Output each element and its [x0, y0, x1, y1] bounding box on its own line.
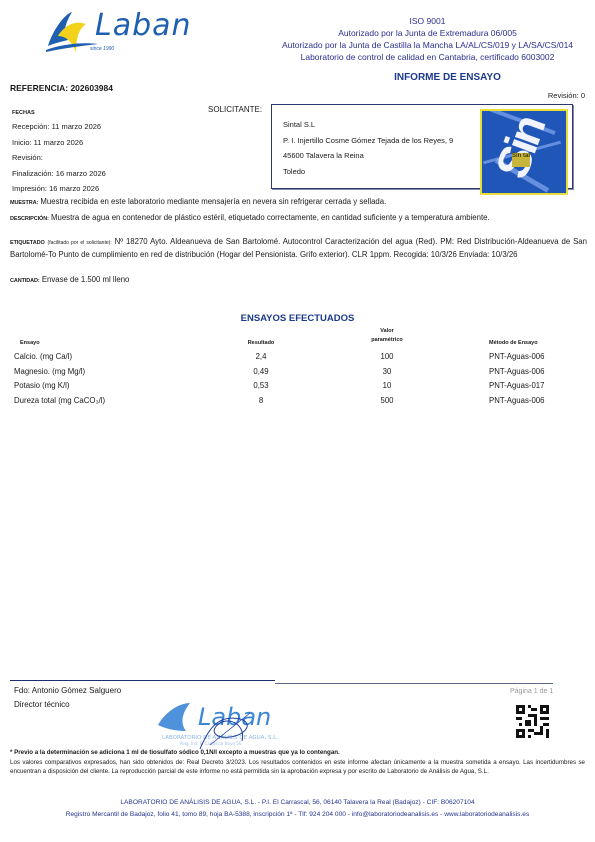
- stamp-signature-icon: Laban LABORATORIO DE ANÁLISIS DE AGUA, S…: [150, 695, 300, 751]
- lab-stamp: Laban LABORATORIO DE ANÁLISIS DE AGUA, S…: [150, 695, 300, 751]
- cell-ensayo: Calcio. (mg Ca/l): [14, 352, 72, 361]
- sample-quantity: CANTIDAD: Envase de 1.500 ml lleno: [10, 274, 587, 287]
- page-number: Página 1 de 1: [510, 688, 553, 695]
- cell-valor: 10: [365, 381, 409, 390]
- svg-text:LABORATORIO DE ANÁLISIS DE AGU: LABORATORIO DE ANÁLISIS DE AGUA, S.L.: [162, 734, 278, 741]
- cell-metodo: PNT-Aguas-006: [489, 367, 544, 376]
- footer-registry: Registro Mercantil de Badajoz, folio 41,…: [0, 809, 595, 821]
- cell-valor: 30: [365, 367, 409, 376]
- cell-ensayo: Magnesio. (mg Mg/l): [14, 367, 85, 376]
- revision: Revisión: 0: [548, 91, 585, 100]
- laban-logo: Laban since 1990: [50, 6, 200, 56]
- svg-text:Laban: Laban: [198, 703, 271, 731]
- footer-divider-right: [275, 683, 553, 684]
- applicant-city: 45600 Talavera la Reina: [283, 148, 453, 164]
- footer-divider: [10, 680, 275, 681]
- footer-address: LABORATORIO DE ANÁLISIS DE AGUA, S.L. - …: [0, 797, 595, 809]
- qr-code-icon: [516, 705, 549, 738]
- labeling-sublabel: (facilitado por el solicitante):: [48, 240, 112, 246]
- sample-description: DESCRIPCIÓN: Muestra de agua en contened…: [10, 212, 587, 225]
- cell-valor: 100: [365, 352, 409, 361]
- cert-iso: ISO 9001: [260, 15, 595, 27]
- col-header-resultado: Resultado: [238, 340, 284, 346]
- dates-block: FECHAS Recepción: 11 marzo 2026 Inicio: …: [12, 109, 106, 197]
- footer-note-thiosulfate: * Previo a la determinación se adiciona …: [10, 748, 585, 758]
- cell-metodo: PNT-Aguas-017: [489, 381, 544, 390]
- labeling-label: ETIQUETADO: [10, 240, 45, 246]
- applicant-logo-text: Sin: [484, 111, 555, 185]
- applicant-logo: Sin Sin tal: [480, 109, 568, 195]
- applicant-province: Toledo: [283, 164, 453, 180]
- cell-valor: 500: [365, 396, 409, 405]
- qr-code[interactable]: [516, 705, 549, 738]
- svg-text:Polg. Ind. El Carrascal Nave 5: Polg. Ind. El Carrascal Nave 56: [180, 741, 242, 746]
- date-start: Inicio: 11 marzo 2026: [12, 135, 106, 151]
- cell-resultado: 8: [236, 396, 286, 405]
- sample-received: MUESTRA: Muestra recibida en este labora…: [10, 196, 587, 209]
- applicant-address: Sintal S.L P. I. Injertillo Cosme Gómez …: [283, 117, 453, 179]
- applicant-name: Sintal S.L: [283, 117, 453, 133]
- dates-heading: FECHAS: [12, 109, 106, 117]
- cell-resultado: 0,53: [236, 381, 286, 390]
- logo-wordmark: Laban: [95, 8, 192, 43]
- applicant-street: P. I. Injertillo Cosme Gómez Tejada de l…: [283, 133, 453, 149]
- cert-cantabria: Laboratorio de control de calidad en Can…: [260, 51, 595, 63]
- sample-label: MUESTRA:: [10, 200, 38, 206]
- cell-resultado: 2,4: [236, 352, 286, 361]
- date-print: Impresión: 16 marzo 2026: [12, 181, 106, 197]
- date-reception: Recepción: 11 marzo 2026: [12, 119, 106, 135]
- signer-name: Fdo: Antonio Gómez Salguero: [14, 684, 121, 698]
- sample-labeling: ETIQUETADO (facilitado por el solicitant…: [10, 236, 587, 260]
- cert-castilla: Autorizado por la Junta de Castilla la M…: [260, 39, 595, 51]
- logo-since: since 1990: [90, 46, 114, 52]
- tests-title: ENSAYOS EFECTUADOS: [0, 313, 595, 324]
- applicant-logo-badge: Sin tal: [512, 153, 530, 167]
- col-header-metodo: Método de Ensayo: [489, 340, 538, 346]
- description-label: DESCRIPCIÓN:: [10, 216, 49, 222]
- page-title: INFORME DE ENSAYO: [150, 72, 595, 83]
- applicant-label: SOLICITANTE:: [208, 105, 262, 114]
- footer-note-disclaimer: Los valores comparativos expresados, han…: [10, 758, 585, 777]
- col-header-valor-1: Valor: [365, 328, 409, 334]
- quantity-text: Envase de 1.500 ml lleno: [42, 275, 130, 284]
- date-finalization: Finalización: 16 marzo 2026: [12, 166, 106, 182]
- reference-number: REFERENCIA: 202603984: [10, 83, 113, 93]
- cell-metodo: PNT-Aguas-006: [489, 352, 544, 361]
- cell-ensayo: Potasio (mg K/l): [14, 381, 69, 390]
- footer-notes: * Previo a la determinación se adiciona …: [10, 748, 585, 777]
- description-text: Muestra de agua en contenedor de plástic…: [51, 213, 490, 222]
- signer-role: Director técnico: [14, 698, 121, 712]
- quantity-label: CANTIDAD:: [10, 278, 40, 284]
- col-header-ensayo: Ensayo: [20, 340, 40, 346]
- cell-ensayo: Dureza total (mg CaCO₃/l): [14, 396, 105, 405]
- date-revision: Revisión:: [12, 150, 106, 166]
- cert-extremadura: Autorizado por la Junta de Extremadura 0…: [260, 27, 595, 39]
- cell-resultado: 0,49: [236, 367, 286, 376]
- sample-text: Muestra recibida en este laboratorio med…: [40, 197, 386, 206]
- cell-metodo: PNT-Aguas-006: [489, 396, 544, 405]
- signature-block: Fdo: Antonio Gómez Salguero Director téc…: [14, 684, 121, 712]
- col-header-valor-2: paramétrico: [365, 337, 409, 343]
